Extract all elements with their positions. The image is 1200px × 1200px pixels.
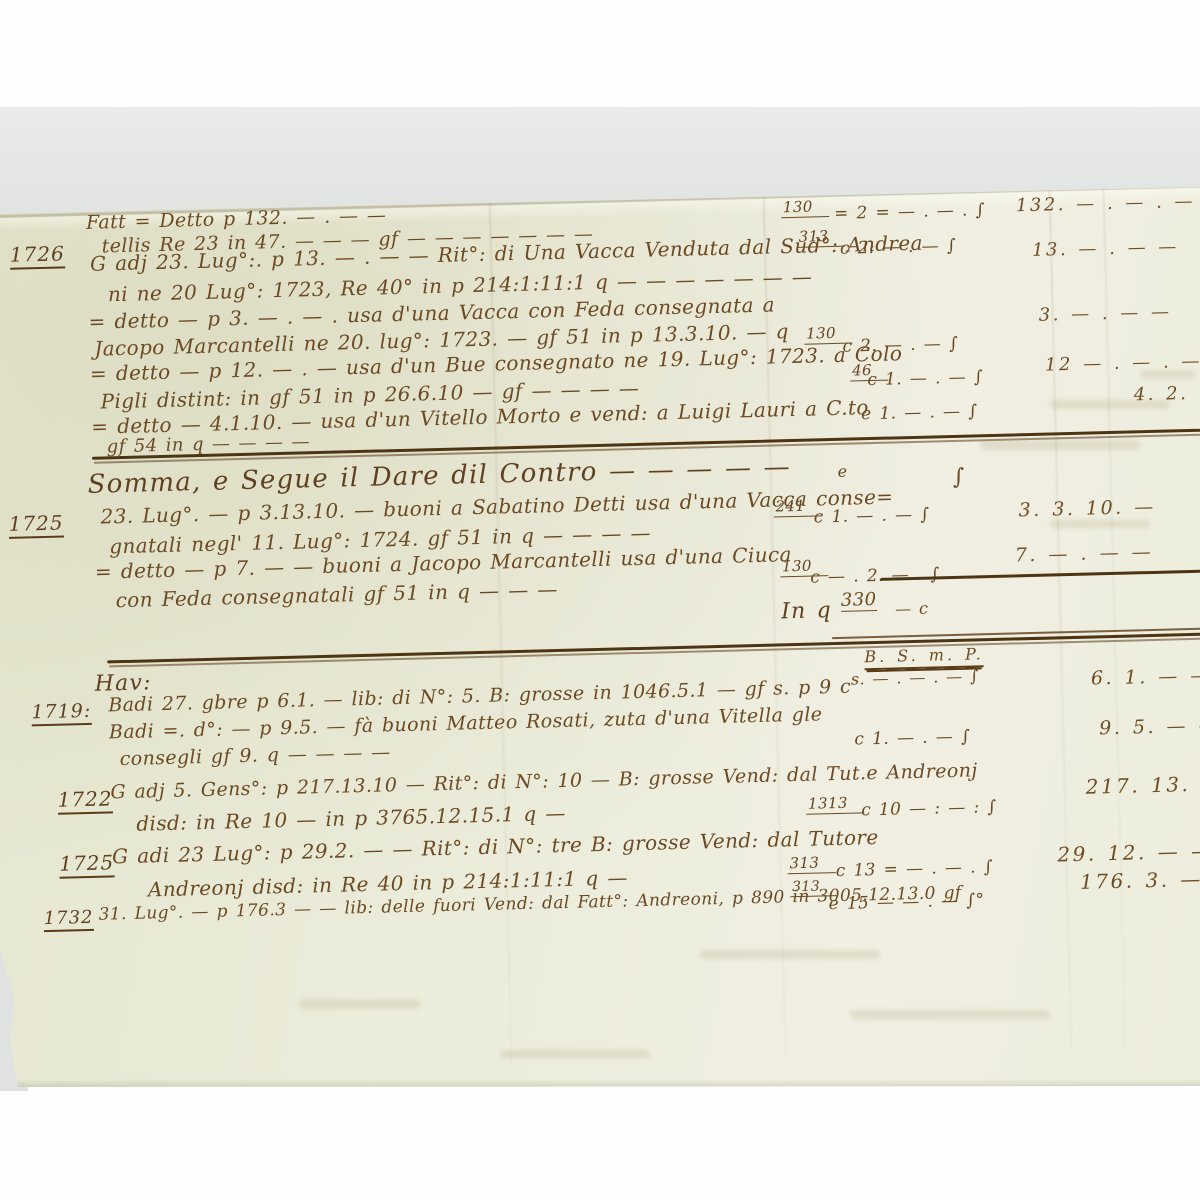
column-amount: 3. 3. 10. — xyxy=(1018,496,1156,521)
show-through-marks xyxy=(700,950,880,959)
show-through-marks xyxy=(300,1000,420,1008)
entry-text: con Feda consegnatali gf 51 in q — — — xyxy=(115,577,558,612)
show-through-marks xyxy=(1050,400,1170,409)
show-through-marks xyxy=(980,440,1140,450)
carte-amount: e 1. — . — ∫ xyxy=(861,401,978,424)
margin-year-1725: 1725 xyxy=(59,850,115,878)
carte-amount: c 1. — . — ∫ xyxy=(814,505,930,528)
entry-text: disd: in Re 10 — in p 3765.12.15.1 q — xyxy=(136,801,566,836)
section-total-label: In q xyxy=(781,598,832,624)
margin-year-1722: 1722 xyxy=(57,786,113,814)
column-amount: 13. — . — — xyxy=(1032,236,1179,261)
show-through-marks xyxy=(850,1010,1050,1019)
column-amount: 3. — . — — xyxy=(1038,301,1171,325)
carte-amount: c 10 — : — : ∫ xyxy=(861,797,997,820)
carte-mark: — c xyxy=(895,599,929,619)
folio-ref: 313 xyxy=(787,853,835,874)
column-amount: 6. 1. — — xyxy=(1091,664,1200,689)
folio-ref: 130 xyxy=(781,197,829,218)
margin-year-1725: 1725 xyxy=(8,511,64,539)
column-amount: 217. 13. 10 — xyxy=(1085,770,1200,799)
column-amount: 132. — . — . — xyxy=(1016,191,1196,217)
carte-mark: e xyxy=(837,462,847,481)
manuscript-text-layer: na ti retro — — — — uassi du due Sono co… xyxy=(0,151,1200,1088)
column-amount: 176. 3. — — xyxy=(1080,866,1200,894)
total-folio: 330 xyxy=(841,589,877,612)
flourish-mark: ∫ xyxy=(952,465,965,490)
entry-text: consegli gf 9. q — — — — xyxy=(119,741,390,770)
column-amount: 29. 12. — — xyxy=(1057,839,1200,867)
show-through-marks xyxy=(500,1050,650,1058)
show-through-marks xyxy=(1050,520,1150,528)
carte-amount: e 15 — — . — ∫° xyxy=(828,890,984,914)
ink-rule-double xyxy=(107,631,1200,663)
carte-amount: s. — . — . — ∫ xyxy=(851,666,979,688)
column-amount: 7. — . — — xyxy=(1015,541,1154,566)
column-amount: 9. 5. — — xyxy=(1099,714,1200,739)
carte-amount: c 13 = — . — . ∫ xyxy=(835,857,993,881)
margin-year-1719: 1719: xyxy=(31,700,91,727)
carte-amount: c 1. — . — ∫ xyxy=(867,367,983,390)
show-through-marks xyxy=(1140,370,1195,379)
manuscript-paper: na ti retro — — — — uassi du due Sono co… xyxy=(0,181,1200,1088)
carte-amount: c 1. — . — ∫ xyxy=(854,727,970,750)
margin-year-1732: 1732 xyxy=(43,907,93,932)
carte-amount: = 2 = — . — . ∫ xyxy=(834,200,985,224)
folio-ref: 1313 xyxy=(806,793,864,814)
margin-year-1726: 1726 xyxy=(10,241,66,269)
